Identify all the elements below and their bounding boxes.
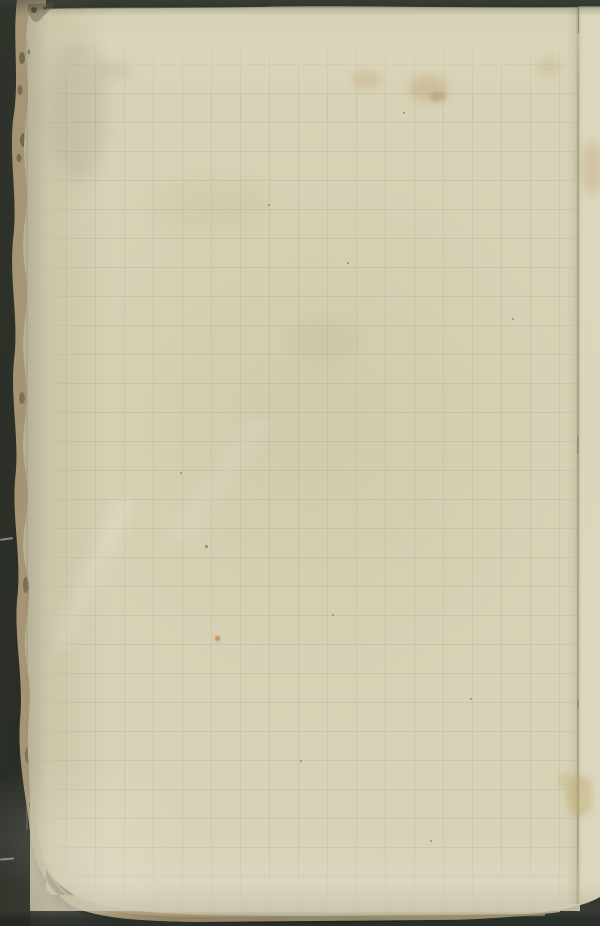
notebook-page-scan: Blank right-hand page of an aged pocket …	[0, 0, 600, 926]
graph-grid	[32, 35, 578, 908]
gutter-strip	[579, 6, 600, 895]
crease-line	[578, 8, 579, 912]
